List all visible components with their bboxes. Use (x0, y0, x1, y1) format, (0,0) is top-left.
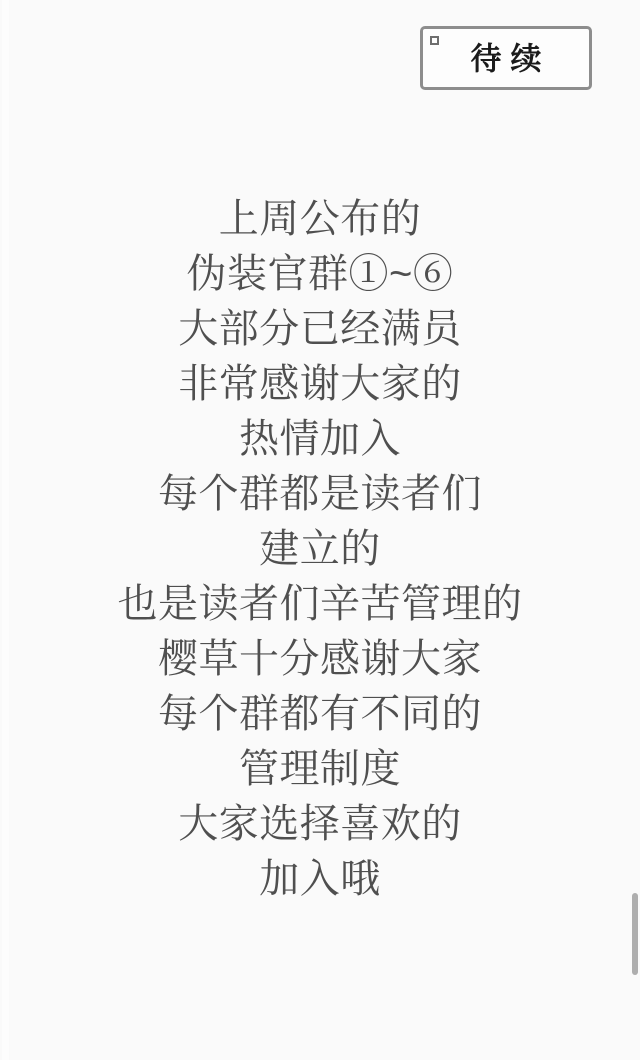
to-be-continued-badge: 待续 (420, 26, 592, 90)
text-line: 加入哦 (0, 852, 640, 907)
text-line: 大部分已经满员 (0, 302, 640, 357)
text-line: 大家选择喜欢的 (0, 797, 640, 852)
text-line: 樱草十分感谢大家 (0, 632, 640, 687)
text-line: 热情加入 (0, 412, 640, 467)
text-line: 每个群都是读者们 (0, 467, 640, 522)
text-line: 管理制度 (0, 742, 640, 797)
text-line: 非常感谢大家的 (0, 357, 640, 412)
to-be-continued-label: 待续 (423, 44, 589, 75)
text-line: 上周公布的 (0, 192, 640, 247)
scrollbar-thumb[interactable] (632, 893, 638, 975)
text-line: 伪装官群①~⑥ (0, 247, 640, 302)
text-line: 也是读者们辛苦管理的 (0, 577, 640, 632)
announcement-text-block: 上周公布的 伪装官群①~⑥ 大部分已经满员 非常感谢大家的 热情加入 每个群都是… (0, 192, 640, 907)
text-line: 建立的 (0, 522, 640, 577)
text-line: 每个群都有不同的 (0, 687, 640, 742)
